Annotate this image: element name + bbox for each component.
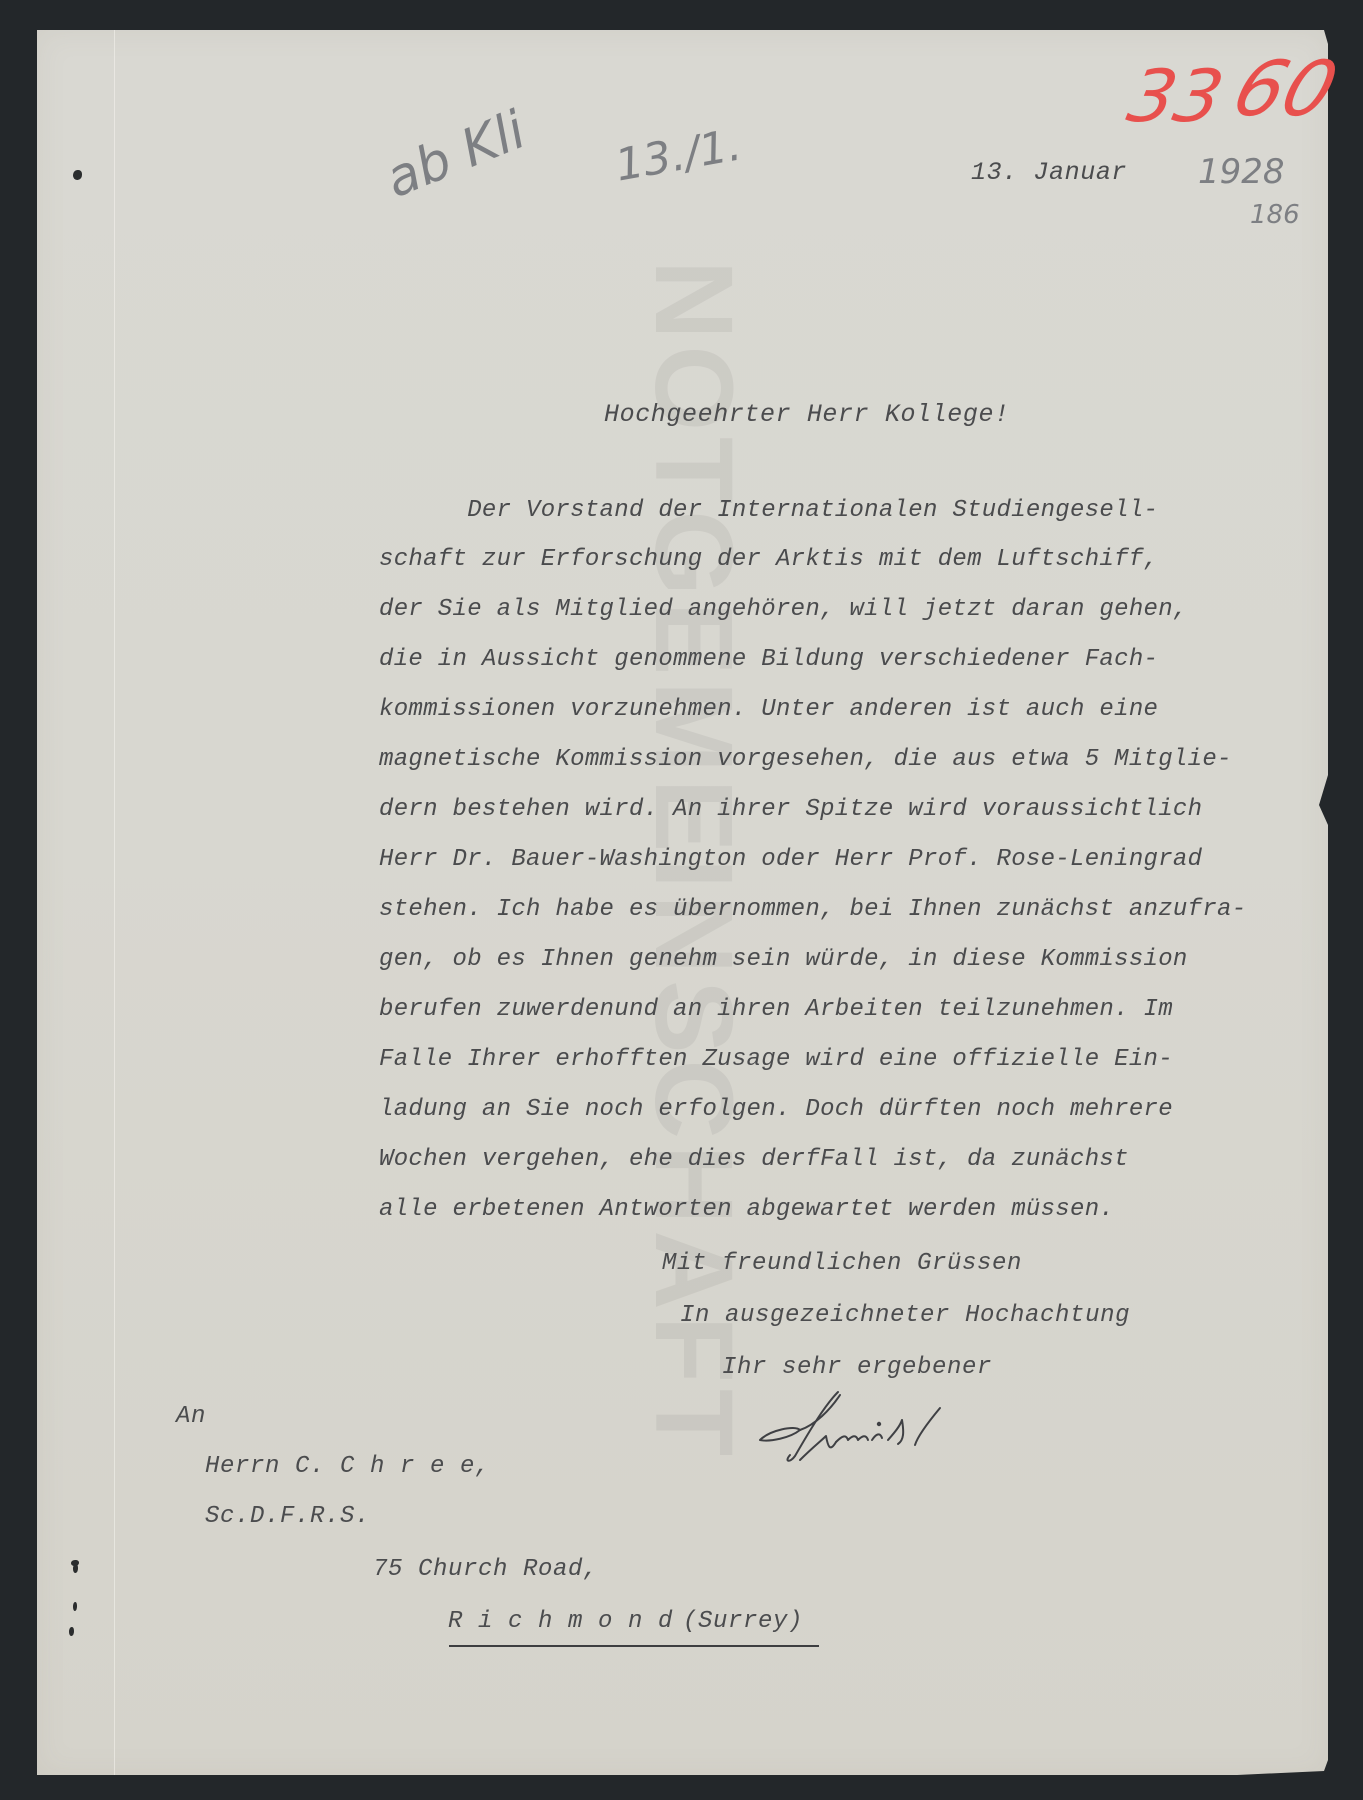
closing-greeting: Mit freundlichen Grüssen <box>662 1250 1022 1277</box>
closing-yours: Ihr sehr ergebener <box>722 1354 992 1381</box>
body-line: stehen. Ich habe es übernommen, bei Ihne… <box>379 896 1246 923</box>
body-line: alle erbetenen Antworten abgewartet werd… <box>379 1196 1114 1223</box>
body-line: Herr Dr. Bauer-Washington oder Herr Prof… <box>379 846 1202 873</box>
body-line: Der Vorstand der Internationalen Studien… <box>379 497 1158 524</box>
body-line: ladung an Sie noch erfolgen. Doch dürfte… <box>379 1096 1173 1123</box>
body-line: schaft zur Erforschung der Arktis mit de… <box>379 546 1158 573</box>
address-underline <box>449 1645 819 1647</box>
red-archive-number-struck: 33 <box>1121 54 1230 138</box>
body-line: die in Aussicht genommene Bildung versch… <box>379 646 1158 673</box>
body-line: Falle Ihrer erhofften Zusage wird eine o… <box>379 1046 1173 1073</box>
salutation: Hochgeehrter Herr Kollege! <box>604 400 1010 429</box>
recipient-title: Sc.D.F.R.S. <box>205 1503 370 1530</box>
body-line: gen, ob es Ihnen genehm sein würde, in d… <box>379 946 1188 973</box>
punch-hole-lower-2 <box>73 1564 78 1573</box>
recipient-city: R i c h m o n d <box>448 1608 673 1635</box>
recipient-prefix: An <box>176 1403 206 1430</box>
body-line: magnetische Kommission vorgesehen, die a… <box>379 746 1232 773</box>
letter-date: 13. Januar <box>971 158 1127 187</box>
punch-hole-lower-1 <box>73 1602 77 1611</box>
recipient-name: Herrn C. C h r e e, <box>205 1453 490 1480</box>
recipient-county: (Surrey) <box>683 1608 803 1635</box>
body-line: dern bestehen wird. An ihrer Spitze wird… <box>379 796 1202 823</box>
paper-fold-line <box>114 30 115 1775</box>
handwritten-year: 1928 <box>1198 152 1285 192</box>
body-line: kommissionen vorzunehmen. Unter anderen … <box>379 696 1158 723</box>
punch-hole-bottom <box>69 1627 74 1636</box>
body-line: Wochen vergehen, ehe dies derfFall ist, … <box>379 1146 1129 1173</box>
body-line: der Sie als Mitglied angehören, will jet… <box>379 596 1188 623</box>
recipient-street: 75 Church Road, <box>373 1556 598 1583</box>
closing-respect: In ausgezeichneter Hochachtung <box>680 1302 1130 1329</box>
recipient-city-line: R i c h m o n d (Surrey) <box>448 1608 673 1635</box>
punch-hole-top <box>73 170 82 180</box>
pencil-folio-number: 186 <box>1250 200 1300 230</box>
body-line: berufen zuwerdenund an ihren Arbeiten te… <box>379 996 1173 1023</box>
